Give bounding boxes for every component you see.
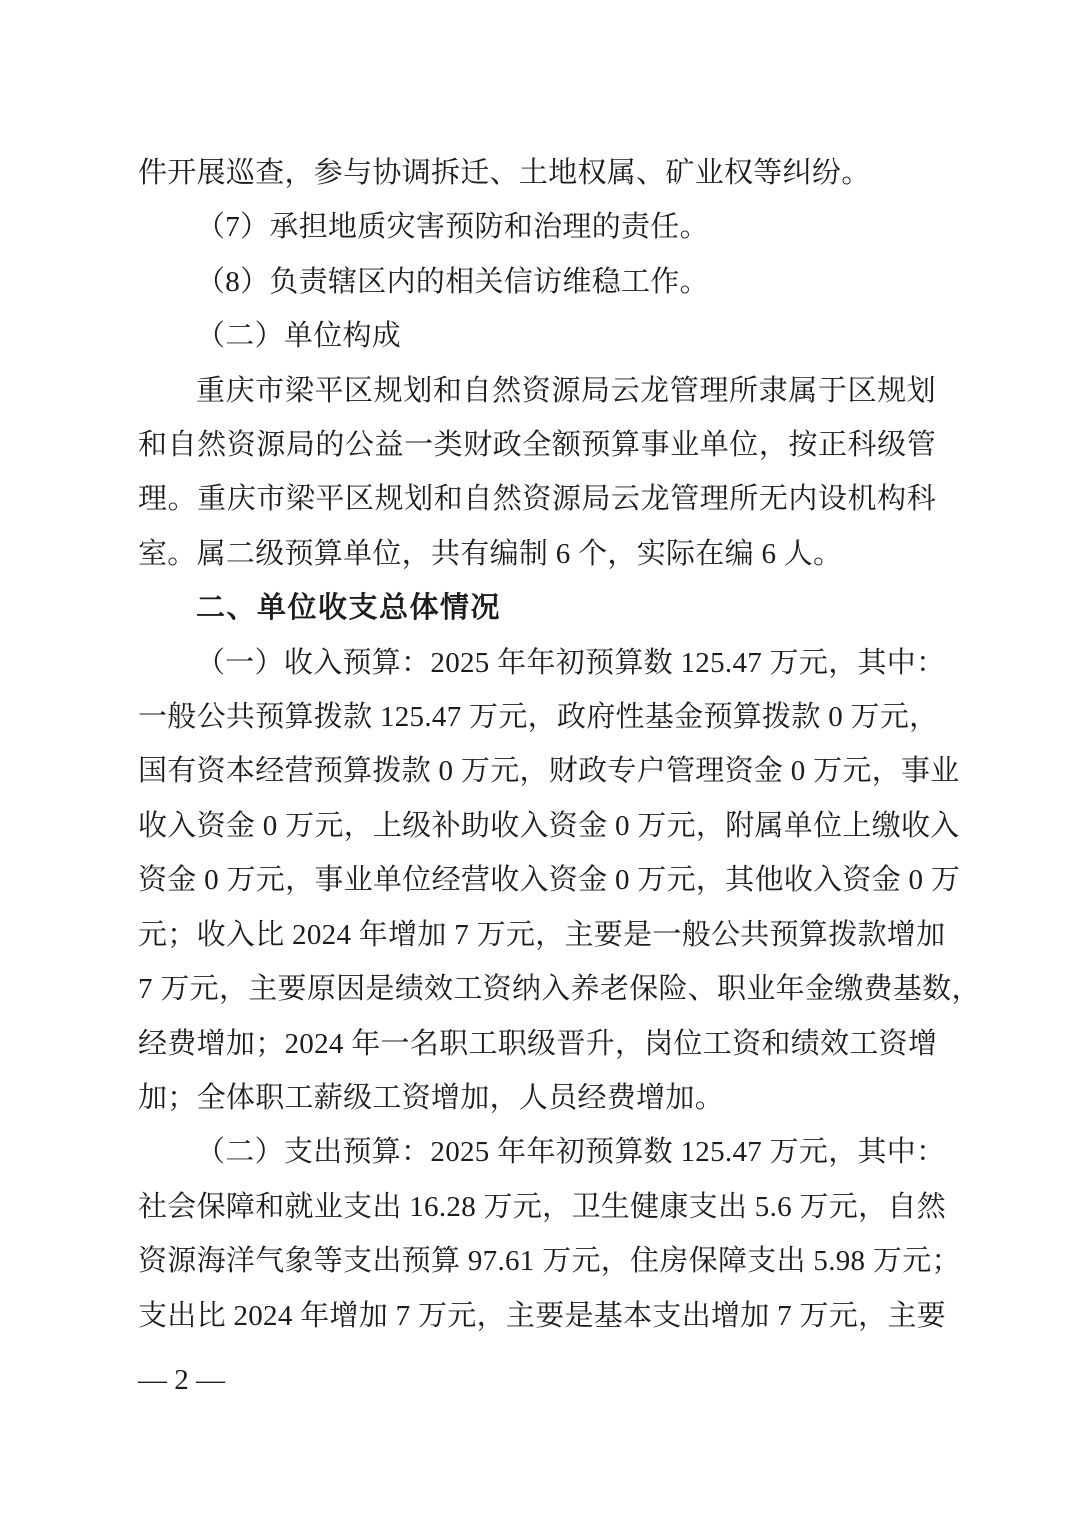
page-footer: — 2 — [138,1353,936,1407]
body-line: 一般公共预算拨款 125.47 万元，政府性基金预算拨款 0 万元， [138,690,936,744]
document-body: 件开展巡查，参与协调拆迁、土地权属、矿业权等纠纷。 （7）承担地质灾害预防和治理… [138,146,936,1343]
document-page: 件开展巡查，参与协调拆迁、土地权属、矿业权等纠纷。 （7）承担地质灾害预防和治理… [0,0,1074,1520]
body-line: 加；全体职工薪级工资增加，人员经费增加。 [138,1071,936,1125]
body-line: 经费增加；2024 年一名职工职级晋升，岗位工资和绩效工资增 [138,1017,936,1071]
page-number: — 2 — [138,1364,225,1396]
body-line-item-7: （7）承担地质灾害预防和治理的责任。 [138,200,936,254]
body-line: 重庆市梁平区规划和自然资源局云龙管理所隶属于区规划 [138,364,936,418]
body-line: 收入资金 0 万元，上级补助收入资金 0 万元，附属单位上缴收入 [138,799,936,853]
body-line-item-8: （8）负责辖区内的相关信访维稳工作。 [138,255,936,309]
body-line: 元；收入比 2024 年增加 7 万元，主要是一般公共预算拨款增加 [138,908,936,962]
body-line: 国有资本经营预算拨款 0 万元，财政专户管理资金 0 万元，事业 [138,744,936,798]
body-line: 理。重庆市梁平区规划和自然资源局云龙管理所无内设机构科 [138,472,936,526]
body-line: 7 万元，主要原因是绩效工资纳入养老保险、职业年金缴费基数， [138,962,936,1016]
section-heading-budget-overview: 二、单位收支总体情况 [138,581,936,635]
paragraph-lead-income-budget: （一）收入预算：2025 年年初预算数 125.47 万元，其中： [138,636,936,690]
paragraph-lead-expenditure-budget: （二）支出预算：2025 年年初预算数 125.47 万元，其中： [138,1125,936,1179]
body-line: 支出比 2024 年增加 7 万元，主要是基本支出增加 7 万元，主要 [138,1289,936,1343]
body-line: 资金 0 万元，事业单位经营收入资金 0 万元，其他收入资金 0 万 [138,853,936,907]
body-line: 社会保障和就业支出 16.28 万元，卫生健康支出 5.6 万元，自然 [138,1180,936,1234]
body-line: 和自然资源局的公益一类财政全额预算事业单位，按正科级管 [138,418,936,472]
body-line-continuation: 件开展巡查，参与协调拆迁、土地权属、矿业权等纠纷。 [138,146,936,200]
body-line: 资源海洋气象等支出预算 97.61 万元，住房保障支出 5.98 万元； [138,1234,936,1288]
subsection-heading-unit-composition: （二）单位构成 [138,309,936,363]
body-line: 室。属二级预算单位，共有编制 6 个，实际在编 6 人。 [138,527,936,581]
